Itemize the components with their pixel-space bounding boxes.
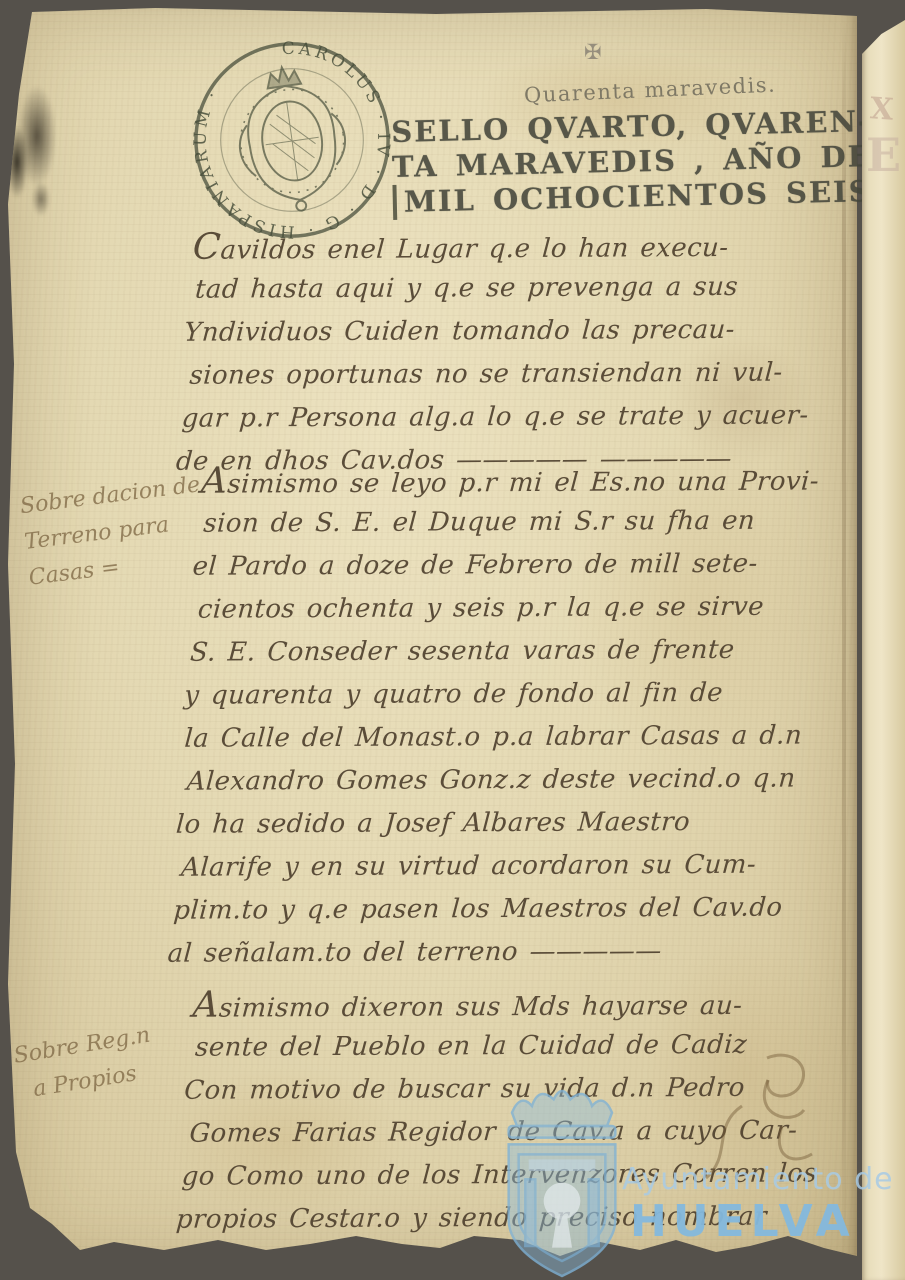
manuscript-line: gar p.r Persona alg.a lo q.e se trate y … xyxy=(180,394,847,440)
cross-pattee-icon: ✠ xyxy=(584,40,602,64)
manuscript-line: plim.to y q.e pasen los Maestros del Cav… xyxy=(172,886,839,932)
neighbor-bleedthrough-fragment: E xyxy=(866,128,901,182)
manuscript-paragraph: Cavildos enel Lugar q.e lo han execu- ta… xyxy=(178,222,859,483)
manuscript-line: Alarife y en su virtud acordaron su Cum- xyxy=(180,843,842,889)
manuscript-line: Alexandro Gomes Gonz.z deste vecind.o q.… xyxy=(185,757,847,803)
scan-background: { "scan": { "background_color": "#55514b… xyxy=(0,0,905,1280)
manuscript-line: sion de S. E. el Duque mi S.r su fha en xyxy=(202,499,864,545)
manuscript-line: siones oportunas no se transiendan ni vu… xyxy=(188,351,850,397)
ink-smudge xyxy=(6,126,28,198)
manuscript-line: la Calle del Monast.o p.a labrar Casas a… xyxy=(183,714,850,760)
manuscript-line: lo ha sedido a Josef Albares Maestro xyxy=(175,800,845,846)
manuscript-line: Yndividuos Cuiden tomando las precau- xyxy=(183,308,853,354)
neighbor-page-edge: X E xyxy=(862,0,905,1280)
manuscript-line: S. E. Conseder sesenta varas de frente xyxy=(189,628,856,674)
manuscript-line: el Pardo a doze de Febrero de mill sete- xyxy=(191,542,861,588)
manuscript-line: cientos ochenta y seis p.r la q.e se sir… xyxy=(196,585,858,631)
manuscript-paragraph: Asimismo se leyo p.r mi el Es.no una Pro… xyxy=(169,456,867,975)
manuscript-line: propios Cestar.o y siendo preciso nombra… xyxy=(175,1195,845,1241)
ink-smudge xyxy=(32,182,50,216)
margin-note-terreno: Sobre dacion de Terreno para Casas = xyxy=(18,467,211,596)
printed-stamp-heading: SELLO QVARTO, QVAREN- TA MARAVEDIS , AÑO… xyxy=(391,105,833,220)
neighbor-bleedthrough-fragment: X xyxy=(869,91,895,128)
manuscript-line: Asimismo dixeron sus Mds hayarse au- xyxy=(191,980,858,1026)
manuscript-line: y quarenta y quatro de fondo al fin de xyxy=(183,671,853,717)
manuscript-line: al señalam.to del terreno ————— xyxy=(166,929,836,975)
manuscript-line: tad hasta aqui y q.e se prevenga a sus xyxy=(194,265,856,311)
flourish-mark xyxy=(672,1046,832,1196)
manuscript-line: Asimismo se leyo p.r mi el Es.no una Pro… xyxy=(200,456,867,502)
royal-seal-carolus-iv-icon: CAROLUS · IV · D · G · HISPANIARUM · xyxy=(175,23,410,258)
